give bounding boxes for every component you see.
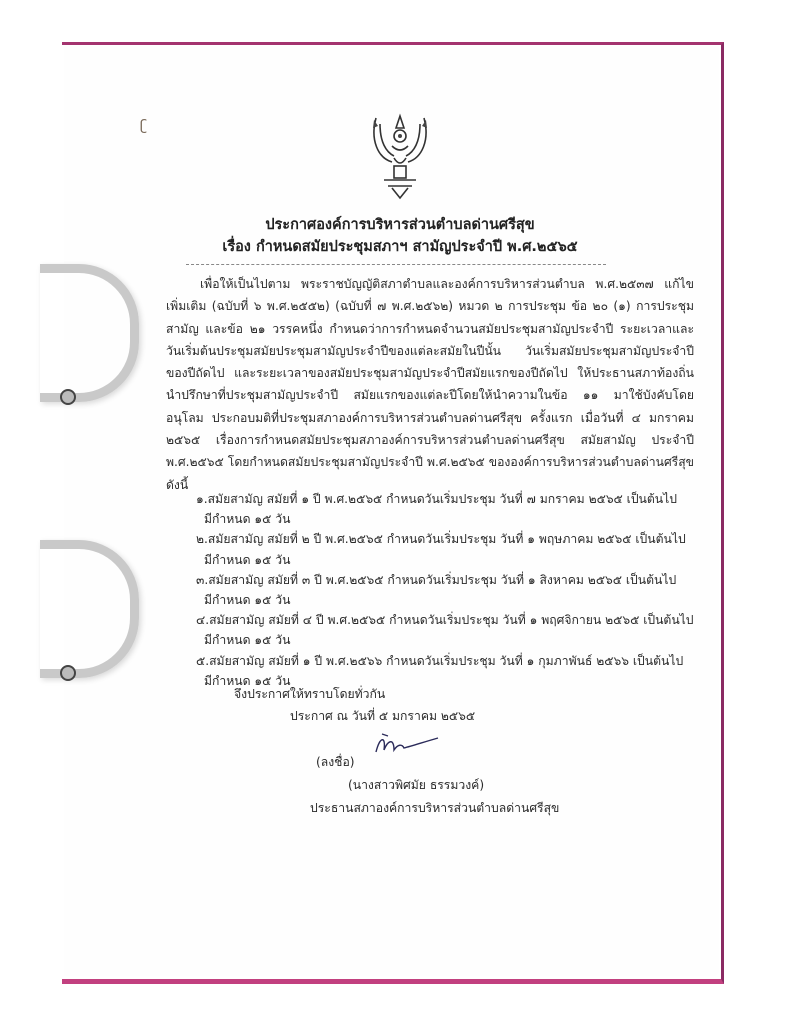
- title-divider: [186, 264, 606, 265]
- signer-position: ประธานสภาองค์การบริหารส่วนตำบลด่านศรีสุข: [310, 799, 559, 818]
- session-duration: มีกำหนด ๑๕ วัน: [196, 630, 696, 650]
- binder-ring-top: [40, 264, 139, 402]
- announcement-title: ประกาศองค์การบริหารส่วนตำบลด่านศรีสุข: [150, 213, 650, 236]
- binder-ring-bottom: [40, 540, 139, 678]
- session-duration: มีกำหนด ๑๕ วัน: [196, 509, 696, 529]
- session-line: ๕.สมัยสามัญ สมัยที่ ๑ ปี พ.ศ.๒๕๖๖ กำหนดว…: [196, 651, 696, 671]
- session-line: ๓.สมัยสามัญ สมัยที่ ๓ ปี พ.ศ.๒๕๖๕ กำหนดว…: [196, 570, 696, 590]
- session-item: ๒.สมัยสามัญ สมัยที่ ๒ ปี พ.ศ.๒๕๖๕ กำหนดว…: [196, 529, 696, 569]
- closing-statement: จึงประกาศให้ทราบโดยทั่วกัน: [234, 685, 385, 704]
- session-item: ๔.สมัยสามัญ สมัยที่ ๔ ปี พ.ศ.๒๕๖๕ กำหนดว…: [196, 610, 696, 650]
- session-line: ๑.สมัยสามัญ สมัยที่ ๑ ปี พ.ศ.๒๕๖๕ กำหนดว…: [196, 489, 696, 509]
- session-line: ๔.สมัยสามัญ สมัยที่ ๔ ปี พ.ศ.๒๕๖๕ กำหนดว…: [196, 610, 696, 630]
- session-item: ๑.สมัยสามัญ สมัยที่ ๑ ปี พ.ศ.๒๕๖๕ กำหนดว…: [196, 489, 696, 529]
- announcement-body: เพื่อให้เป็นไปตาม พระราชบัญญัติสภาตำบลแล…: [166, 273, 694, 496]
- session-item: ๓.สมัยสามัญ สมัยที่ ๓ ปี พ.ศ.๒๕๖๕ กำหนดว…: [196, 570, 696, 610]
- handwritten-signature-icon: [372, 730, 442, 760]
- announcement-subject: เรื่อง กำหนดสมัยประชุมสภาฯ สามัญประจำปี …: [150, 235, 650, 258]
- session-line: ๒.สมัยสามัญ สมัยที่ ๒ ปี พ.ศ.๒๕๖๕ กำหนดว…: [196, 529, 696, 549]
- garuda-emblem-icon: [368, 110, 432, 202]
- session-duration: มีกำหนด ๑๕ วัน: [196, 550, 696, 570]
- session-duration: มีกำหนด ๑๕ วัน: [196, 590, 696, 610]
- announcement-date: ประกาศ ณ วันที่ ๕ มกราคม ๒๕๖๕: [290, 707, 475, 726]
- paper-speck: ʗ: [140, 118, 147, 134]
- body-paragraph: เพื่อให้เป็นไปตาม พระราชบัญญัติสภาตำบลแล…: [166, 277, 694, 492]
- signature-label: (ลงชื่อ): [316, 753, 355, 772]
- session-list: ๑.สมัยสามัญ สมัยที่ ๑ ปี พ.ศ.๒๕๖๕ กำหนดว…: [196, 489, 696, 691]
- signer-name: (นางสาวพิศมัย ธรรมวงค์): [348, 776, 484, 795]
